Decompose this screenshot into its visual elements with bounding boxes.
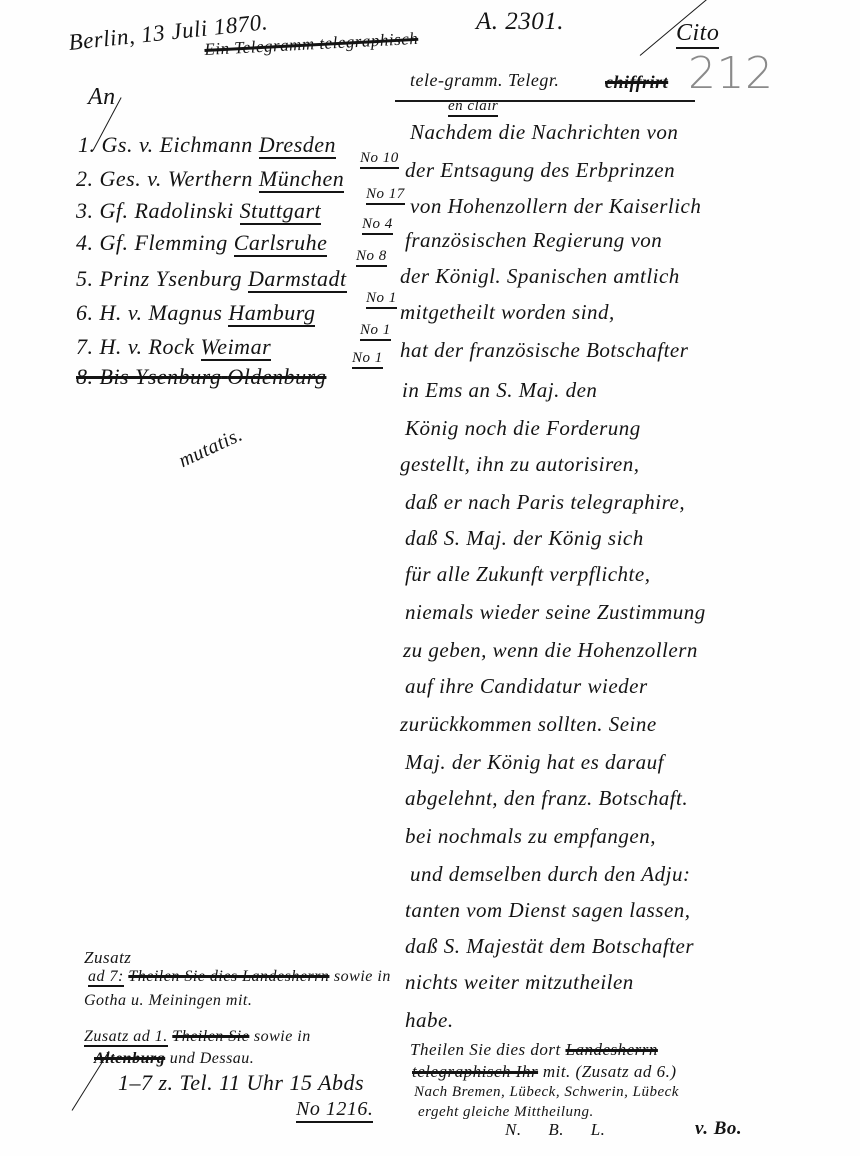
margin-note: mutatis. xyxy=(175,423,246,473)
closing-line-3: Nach Bremen, Lübeck, Schwerin, Lübeck xyxy=(414,1084,679,1101)
recipient-number: No 1 xyxy=(366,290,397,309)
initials: N. B. L. xyxy=(505,1120,605,1140)
body-line: der Königl. Spanischen amtlich xyxy=(400,264,680,289)
en-clair-mark: en clair xyxy=(448,98,498,117)
file-number: A. 2301. xyxy=(476,8,564,36)
body-line: bei nochmals zu empfangen, xyxy=(405,824,656,849)
body-line: und demselben durch den Adju: xyxy=(410,862,690,887)
body-line: nichts weiter mitzutheilen xyxy=(405,970,634,995)
note-ad7-line2: Gotha u. Meiningen mit. xyxy=(84,992,252,1010)
recipient-row: 2. Ges. v. Werthern München xyxy=(76,166,344,192)
note-ad1-line2: Altenburg und Dessau. xyxy=(94,1050,254,1068)
recipient-number: No 1 xyxy=(352,350,383,369)
closing-line-4: ergeht gleiche Mittheilung. xyxy=(418,1104,594,1121)
body-line: tanten vom Dienst sagen lassen, xyxy=(405,898,691,923)
recipient-row-struck: 8. Bis Ysenburg Oldenburg xyxy=(76,364,326,390)
zusatz-heading: Zusatz xyxy=(84,948,131,968)
body-line: daß S. Maj. der König sich xyxy=(405,526,644,551)
paraph: v. Bo. xyxy=(695,1118,742,1140)
body-line: daß er nach Paris telegraphire, xyxy=(405,490,685,515)
body-line: Nachdem die Nachrichten von xyxy=(410,120,678,145)
recipient-number: No 10 xyxy=(360,150,399,169)
page-number-pencil: 212 xyxy=(688,48,773,99)
closing-line-1: Theilen Sie dies dort Landesherrn xyxy=(410,1040,658,1060)
body-line: gestellt, ihn zu autorisiren, xyxy=(400,452,639,477)
recipient-row: 3. Gf. Radolinski Stuttgart xyxy=(76,198,321,224)
recipient-number: No 17 xyxy=(366,186,405,205)
dispatch-type: tele-gramm. Telegr. xyxy=(410,70,559,91)
recipient-number: No 4 xyxy=(362,216,393,235)
cito-mark: Cito xyxy=(676,20,719,49)
recipient-number: No 1 xyxy=(360,322,391,341)
recipient-row: 6. H. v. Magnus Hamburg xyxy=(76,300,315,326)
body-line: abgelehnt, den franz. Botschaft. xyxy=(405,786,688,811)
record-number: No 1216. xyxy=(296,1098,373,1123)
body-line: habe. xyxy=(405,1008,454,1033)
note-ad7: ad 7: Theilen Sie dies Landesherrn sowie… xyxy=(88,968,391,986)
body-line: Maj. der König hat es darauf xyxy=(405,750,664,775)
recipient-row: 1. Gs. v. Eichmann Dresden xyxy=(78,132,336,158)
body-line: mitgetheilt worden sind, xyxy=(400,300,615,325)
addressee-label: An xyxy=(88,84,116,111)
dispatch-type-struck: chiffrirt xyxy=(605,72,668,93)
body-line: daß S. Majestät dem Botschafter xyxy=(405,934,694,959)
body-line: in Ems an S. Maj. den xyxy=(402,378,597,403)
body-line: niemals wieder seine Zustimmung xyxy=(405,600,706,625)
recipient-row: 4. Gf. Flemming Carlsruhe xyxy=(76,230,327,256)
body-line: zurückkommen sollten. Seine xyxy=(400,712,657,737)
body-line: König noch die Forderung xyxy=(405,416,641,441)
body-line: französischen Regierung von xyxy=(405,228,662,253)
body-line: für alle Zukunft verpflichte, xyxy=(405,562,650,587)
recipient-number: No 8 xyxy=(356,248,387,267)
body-line: zu geben, wenn die Hohenzollern xyxy=(403,638,698,663)
header-underline xyxy=(395,100,695,102)
body-line: hat der französische Botschafter xyxy=(400,338,688,363)
body-line: der Entsagung des Erbprinzen xyxy=(405,158,675,183)
body-line: von Hohenzollern der Kaiserlich xyxy=(410,194,701,219)
recipient-row: 5. Prinz Ysenburg Darmstadt xyxy=(76,266,347,292)
recipient-row: 7. H. v. Rock Weimar xyxy=(76,334,271,360)
note-ad1: Zusatz ad 1. Theilen Sie sowie in xyxy=(84,1028,311,1046)
footer-slash xyxy=(72,1051,110,1111)
closing-line-2: telegraphisch Ihr mit. (Zusatz ad 6.) xyxy=(412,1062,677,1082)
body-line: auf ihre Candidatur wieder xyxy=(405,674,648,699)
manuscript-page: Berlin, 13 Juli 1870. Ein Telegramm tele… xyxy=(0,0,860,1156)
dispatch-time: 1–7 z. Tel. 11 Uhr 15 Abds xyxy=(118,1070,364,1096)
